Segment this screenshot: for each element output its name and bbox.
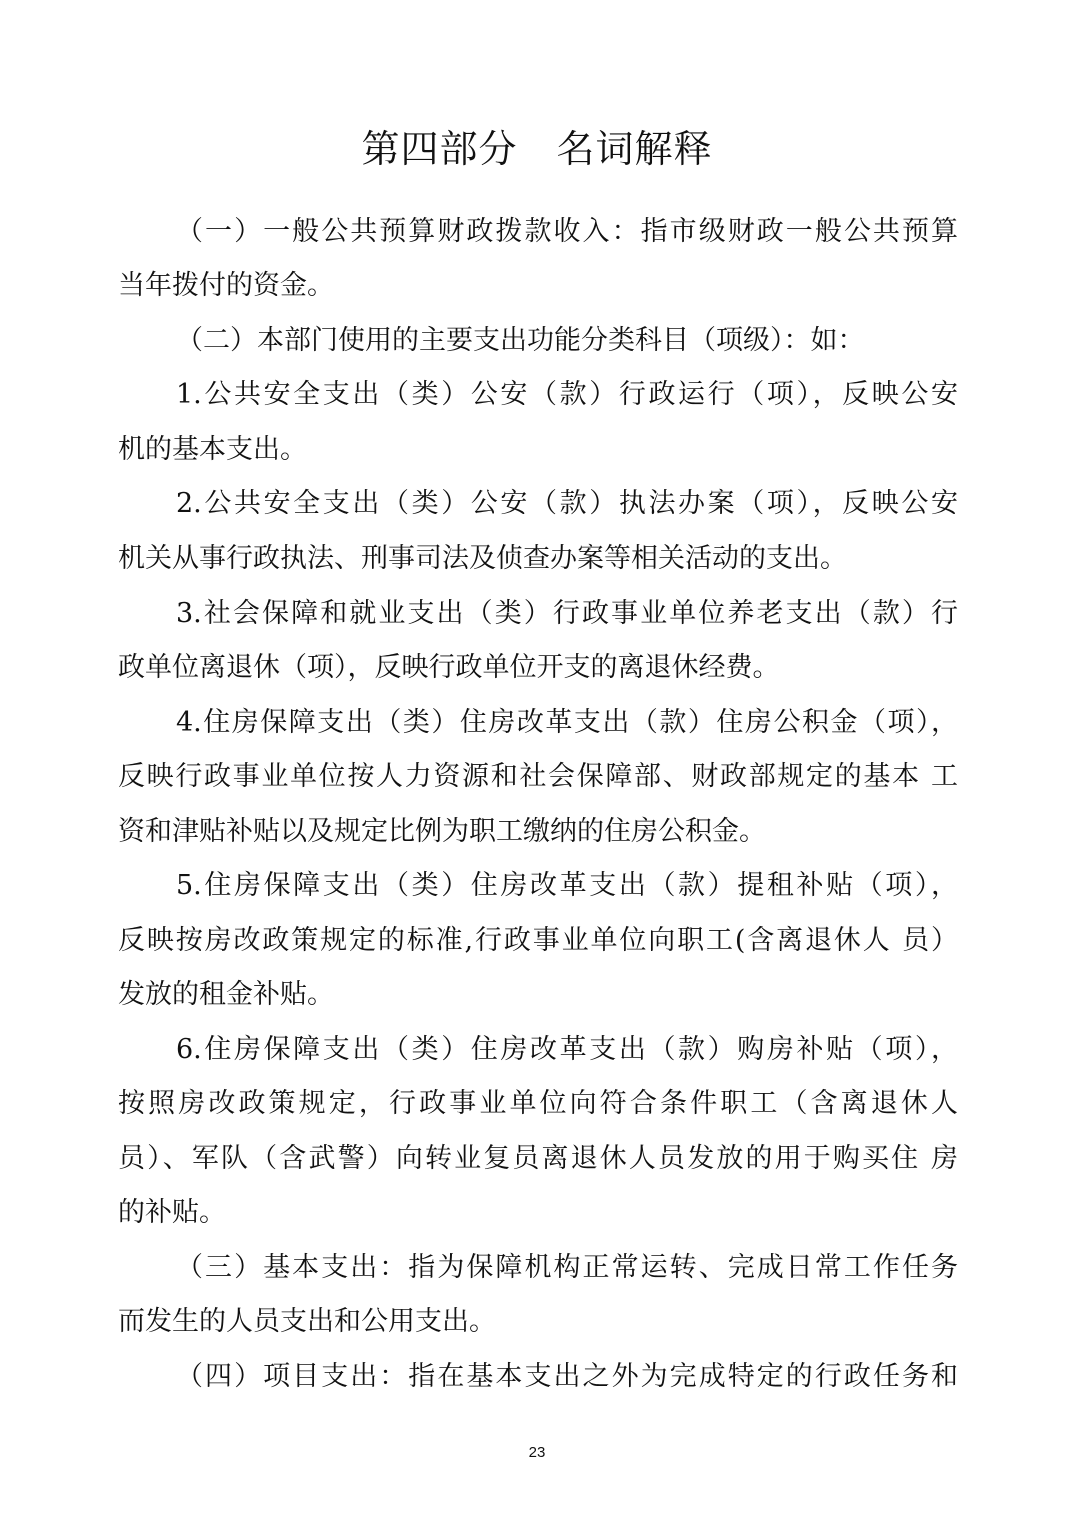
text-line: 5.住房保障支出（类）住房改革支出（款）提租补贴（项）， <box>176 868 958 904</box>
text-line: 1.公共安全支出（类）公安（款）行政运行（项），反映公安 <box>176 377 958 413</box>
text-line: 当年拨付的资金。 <box>118 268 958 304</box>
text-line: 员）、军队（含武警）向转业复员离退休人员发放的用于购买住 房 <box>118 1141 958 1177</box>
text-line: 2.公共安全支出（类）公安（款）执法办案（项），反映公安 <box>176 486 958 522</box>
page-title: 第四部分 名词解释 <box>0 118 1074 173</box>
text-line: （四）项目支出：指在基本支出之外为完成特定的行政任务和 <box>176 1359 958 1395</box>
text-line: 6.住房保障支出（类）住房改革支出（款）购房补贴（项）， <box>176 1032 958 1068</box>
text-line: 3.社会保障和就业支出（类）行政事业单位养老支出（款）行 <box>176 596 958 632</box>
text-line: 而发生的人员支出和公用支出。 <box>118 1304 958 1340</box>
page-number: 23 <box>0 1444 1074 1461</box>
text-line: 机关从事行政执法、刑事司法及侦查办案等相关活动的支出。 <box>118 541 958 577</box>
text-line: （一）一般公共预算财政拨款收入：指市级财政一般公共预算 <box>176 214 958 250</box>
text-line: 发放的租金补贴。 <box>118 977 958 1013</box>
text-line: 机的基本支出。 <box>118 432 958 468</box>
text-line: （三）基本支出：指为保障机构正常运转、完成日常工作任务 <box>176 1250 958 1286</box>
text-line: 反映行政事业单位按人力资源和社会保障部、财政部规定的基本 工 <box>118 759 958 795</box>
text-line: 4.住房保障支出（类）住房改革支出（款）住房公积金（项）， <box>176 705 958 741</box>
text-line: （二）本部门使用的主要支出功能分类科目（项级）：如： <box>176 323 958 359</box>
text-line: 反映按房改政策规定的标准,行政事业单位向职工(含离退休人 员） <box>118 923 958 959</box>
text-line: 的补贴。 <box>118 1195 958 1231</box>
text-line: 资和津贴补贴以及规定比例为职工缴纳的住房公积金。 <box>118 814 958 850</box>
text-line: 政单位离退休（项），反映行政单位开支的离退休经费。 <box>118 650 958 686</box>
text-line: 按照房改政策规定，行政事业单位向符合条件职工（含离退休人 <box>118 1086 958 1122</box>
